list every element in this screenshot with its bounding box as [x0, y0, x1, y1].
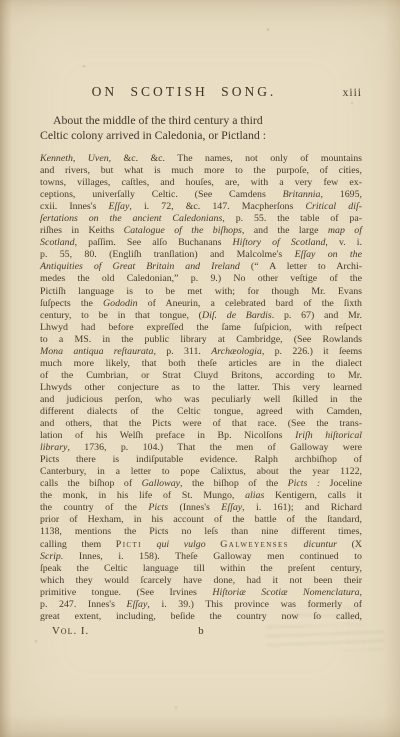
body-line: 1138, mentions the Picts no leſs than ni…: [40, 526, 362, 538]
page-header: ON SCOTISH SONG. xiii: [40, 84, 362, 100]
body-segment: [142, 539, 157, 550]
body-line: much more likely, that both theſe articl…: [40, 358, 362, 370]
body-segment: Antiquities of Great Britain and Ireland: [40, 261, 240, 272]
body-segment: , paſſim. See alſo Buchanans: [75, 237, 233, 248]
body-segment: , 1695,: [320, 189, 362, 200]
body-segment: Lhwyds other conjecture as to the latter…: [40, 382, 362, 393]
chapter-subtitle: About the middle of the third century a …: [40, 113, 362, 143]
body-segment: Eſſay: [221, 502, 242, 513]
body-line: calls the biſhop of Galloway, the biſhop…: [40, 478, 362, 490]
body-segment: Eſſay: [127, 599, 148, 610]
body-segment: Diſ. de Bardis: [202, 310, 272, 321]
body-segment: century, to be in that tongue, (: [40, 310, 202, 321]
body-segment: Picts: [148, 502, 168, 513]
body-line: to a MS. in the public library at Cambri…: [40, 334, 362, 346]
body-segment: great extent, including, beſide the coun…: [40, 611, 362, 622]
body-segment: dicuntur: [304, 539, 337, 550]
body-line: Mona antiqua reſtaurata, p. 311. Archæol…: [40, 346, 362, 358]
body-segment: library: [40, 442, 67, 453]
body-segment: ceptions, univerſally Celtic. (See Camde…: [40, 189, 283, 200]
body-segment: Catalogue of the biſhops: [124, 225, 242, 236]
body-segment: p. 247. Innes's: [40, 599, 127, 610]
body-segment: Picts there is indiſputable evidence. Ra…: [40, 454, 362, 465]
body-line: century, to be in that tongue, (Diſ. de …: [40, 310, 362, 322]
body-line: Picts there is indiſputable evidence. Ra…: [40, 454, 362, 466]
signature-mark: b: [198, 625, 203, 637]
body-line: ſuſpects the Gododin of Aneurin, a celeb…: [40, 298, 362, 310]
body-line: Pictiſh language is to be met with; for …: [40, 286, 362, 298]
body-line: different dialects of the Celtic tongue,…: [40, 406, 362, 418]
body-line: the country of the Picts (Innes's Eſſay,…: [40, 502, 362, 514]
body-segment: qui vulgo: [157, 539, 206, 550]
body-line: library, 1736, p. 104.) That the men of …: [40, 442, 362, 454]
body-line: cxii. Innes's Eſſay, i. 72, &c. 147. Mac…: [40, 201, 362, 213]
body-line: and others, that the Picts were of that …: [40, 418, 362, 430]
body-segment: prior of Hexham, in his account of the b…: [40, 514, 362, 525]
body-line: medes the old Caledonian,” p. 9.) No oth…: [40, 273, 362, 285]
body-text: Kenneth, Uven, &c. &c. The names, not on…: [40, 153, 362, 623]
body-line: and judicious perſon, who was peculiarly…: [40, 394, 362, 406]
page-content: ON SCOTISH SONG. xiii About the middle o…: [40, 84, 362, 640]
body-segment: Iriſh hiſtorical: [295, 430, 362, 441]
body-line: riſhes in Keiths Catalogue of the biſhop…: [40, 225, 362, 237]
body-segment: of the Cumbrian, or Strat Cluyd Britons,…: [40, 370, 362, 381]
body-segment: ſuſpects the: [40, 298, 103, 309]
body-segment: Hiſtoriæ Scotiæ Nomenclatura,: [212, 587, 362, 598]
volume-label: Vol. I.: [52, 625, 89, 637]
body-line: lation of his Welſh preface in Bp. Nicol…: [40, 430, 362, 442]
subtitle-line-2: Celtic colony arrived in Caledonia, or P…: [40, 128, 362, 143]
body-line: ſpeak the Celtic language till within th…: [40, 563, 362, 575]
body-line: Scrip. Innes, i. 158). Theſe Galloway me…: [40, 551, 362, 563]
body-segment: , i. 39.) This province was formerly of: [147, 599, 362, 610]
body-line: Canterbury, in a letter to pope Calixtus…: [40, 466, 362, 478]
body-segment: Galloway: [142, 478, 180, 489]
body-segment: , i. 72, &c. 147. Macpherſons: [129, 201, 305, 212]
body-segment: Scotland: [40, 237, 75, 248]
page-footer: Vol. I. b: [40, 625, 362, 640]
body-segment: riſhes in Keiths: [40, 225, 124, 236]
body-segment: and others, that the Picts were of that …: [40, 418, 362, 429]
body-segment: , 1736, p. 104.) That the men of Gallowa…: [67, 442, 362, 453]
body-line: Scotland, paſſim. See alſo Buchanans Hiſ…: [40, 237, 362, 249]
body-segment: towns, villages, caſtles, and houſes, ar…: [40, 177, 362, 188]
body-segment: the country of the: [40, 502, 148, 513]
body-line: the monk, in his life of St. Mungo, alia…: [40, 490, 362, 502]
body-segment: (“ A letter to Archi-: [240, 261, 362, 272]
body-segment: Kentigern, calls it: [264, 490, 362, 501]
body-line: p. 55, 80. (Engliſh tranſlation) and Mal…: [40, 249, 362, 261]
body-segment: &c. &c. The names, not only of mountains: [111, 153, 362, 164]
body-line: towns, villages, caſtles, and houſes, ar…: [40, 177, 362, 189]
body-segment: and rivers, but what is much more to the…: [40, 165, 362, 176]
body-segment: Britannia: [283, 189, 321, 200]
body-segment: calls the biſhop of: [40, 478, 142, 489]
body-segment: Gododin: [103, 298, 138, 309]
body-line: ſertations on the ancient Caledonians, p…: [40, 213, 362, 225]
body-segment: medes the old Caledonian,” p. 9.) No oth…: [40, 273, 362, 284]
body-line: Lhwyds other conjecture as to the latter…: [40, 382, 362, 394]
body-segment: , p. 311.: [154, 346, 212, 357]
body-line: of the Cumbrian, or Strat Cluyd Britons,…: [40, 370, 362, 382]
body-segment: Archæologia: [211, 346, 262, 357]
body-segment: p. 55, 80. (Engliſh tranſlation) and Mal…: [40, 249, 295, 260]
body-segment: , i. 161); and Richard: [242, 502, 362, 513]
body-line: primitive tongue. (See Irvines Hiſtoriæ …: [40, 587, 362, 599]
body-segment: Eſſay: [109, 201, 130, 212]
body-line: p. 247. Innes's Eſſay, i. 39.) This prov…: [40, 599, 362, 611]
body-segment: cxii. Innes's: [40, 201, 109, 212]
body-segment: , p. 226.) it ſeems: [262, 346, 362, 357]
running-title: ON SCOTISH SONG.: [40, 84, 328, 100]
body-segment: different dialects of the Celtic tongue,…: [40, 406, 362, 417]
body-segment: map of: [328, 225, 362, 236]
subtitle-line-1: About the middle of the third century a …: [40, 113, 362, 128]
body-segment: Joceline: [320, 478, 362, 489]
body-segment: ſertations on the ancient Caledonians: [40, 213, 222, 224]
body-segment: to a MS. in the public library at Cambri…: [40, 334, 362, 345]
body-segment: Kenneth, Uven,: [40, 153, 111, 164]
book-page-scan: ON SCOTISH SONG. xiii About the middle o…: [0, 0, 400, 737]
body-segment: and judicious perſon, who was peculiarly…: [40, 394, 362, 405]
body-segment: calling them: [40, 539, 116, 550]
body-line: great extent, including, beſide the coun…: [40, 611, 362, 623]
body-segment: primitive tongue. (See Irvines: [40, 587, 212, 598]
body-line: and rivers, but what is much more to the…: [40, 165, 362, 177]
body-segment: of Aneurin, a celebrated bard of the ſix…: [138, 298, 362, 309]
body-segment: . p. 67) and Mr.: [272, 310, 362, 321]
body-segment: Innes, i. 158). Theſe Galloway men conti…: [63, 551, 362, 562]
body-segment: Hiſtory of Scotland: [232, 237, 325, 248]
body-line: calling them Picti qui vulgo Galweyenses…: [40, 539, 362, 551]
body-segment: alias: [245, 490, 264, 501]
body-line: prior of Hexham, in his account of the b…: [40, 514, 362, 526]
body-segment: Galweyenses: [220, 539, 289, 550]
body-segment: [206, 539, 221, 550]
body-segment: the monk, in his life of St. Mungo,: [40, 490, 245, 501]
body-segment: , the biſhop of the: [180, 478, 288, 489]
body-segment: Mona antiqua reſtaurata: [40, 346, 154, 357]
body-segment: Critical diſ-: [305, 201, 362, 212]
body-segment: [289, 539, 304, 550]
body-segment: Eſſay on the: [295, 249, 362, 260]
body-segment: Lhwyd had before expreſſed the ſame ſuſp…: [40, 322, 362, 333]
body-segment: Canterbury, in a letter to pope Calixtus…: [40, 466, 362, 477]
body-line: which they would ſcarcely have done, had…: [40, 575, 362, 587]
body-segment: (X: [337, 539, 362, 550]
body-segment: , and the large: [242, 225, 328, 236]
body-line: Kenneth, Uven, &c. &c. The names, not on…: [40, 153, 362, 165]
body-segment: ſpeak the Celtic language till within th…: [40, 563, 362, 574]
body-segment: , v. i.: [325, 237, 362, 248]
body-segment: , p. 55. the table of pa-: [222, 213, 362, 224]
body-segment: Picts :: [288, 478, 321, 489]
body-segment: much more likely, that both theſe articl…: [40, 358, 362, 369]
body-line: ceptions, univerſally Celtic. (See Camde…: [40, 189, 362, 201]
body-segment: (Innes's: [168, 502, 221, 513]
body-line: Lhwyd had before expreſſed the ſame ſuſp…: [40, 322, 362, 334]
body-line: Antiquities of Great Britain and Ireland…: [40, 261, 362, 273]
body-segment: lation of his Welſh preface in Bp. Nicol…: [40, 430, 295, 441]
body-segment: which they would ſcarcely have done, had…: [40, 575, 362, 586]
body-segment: Picti: [116, 539, 142, 550]
body-segment: Scrip.: [40, 551, 63, 562]
body-segment: Pictiſh language is to be met with; for …: [40, 286, 362, 297]
page-number: xiii: [328, 87, 362, 99]
body-segment: 1138, mentions the Picts no leſs than ni…: [40, 526, 362, 537]
